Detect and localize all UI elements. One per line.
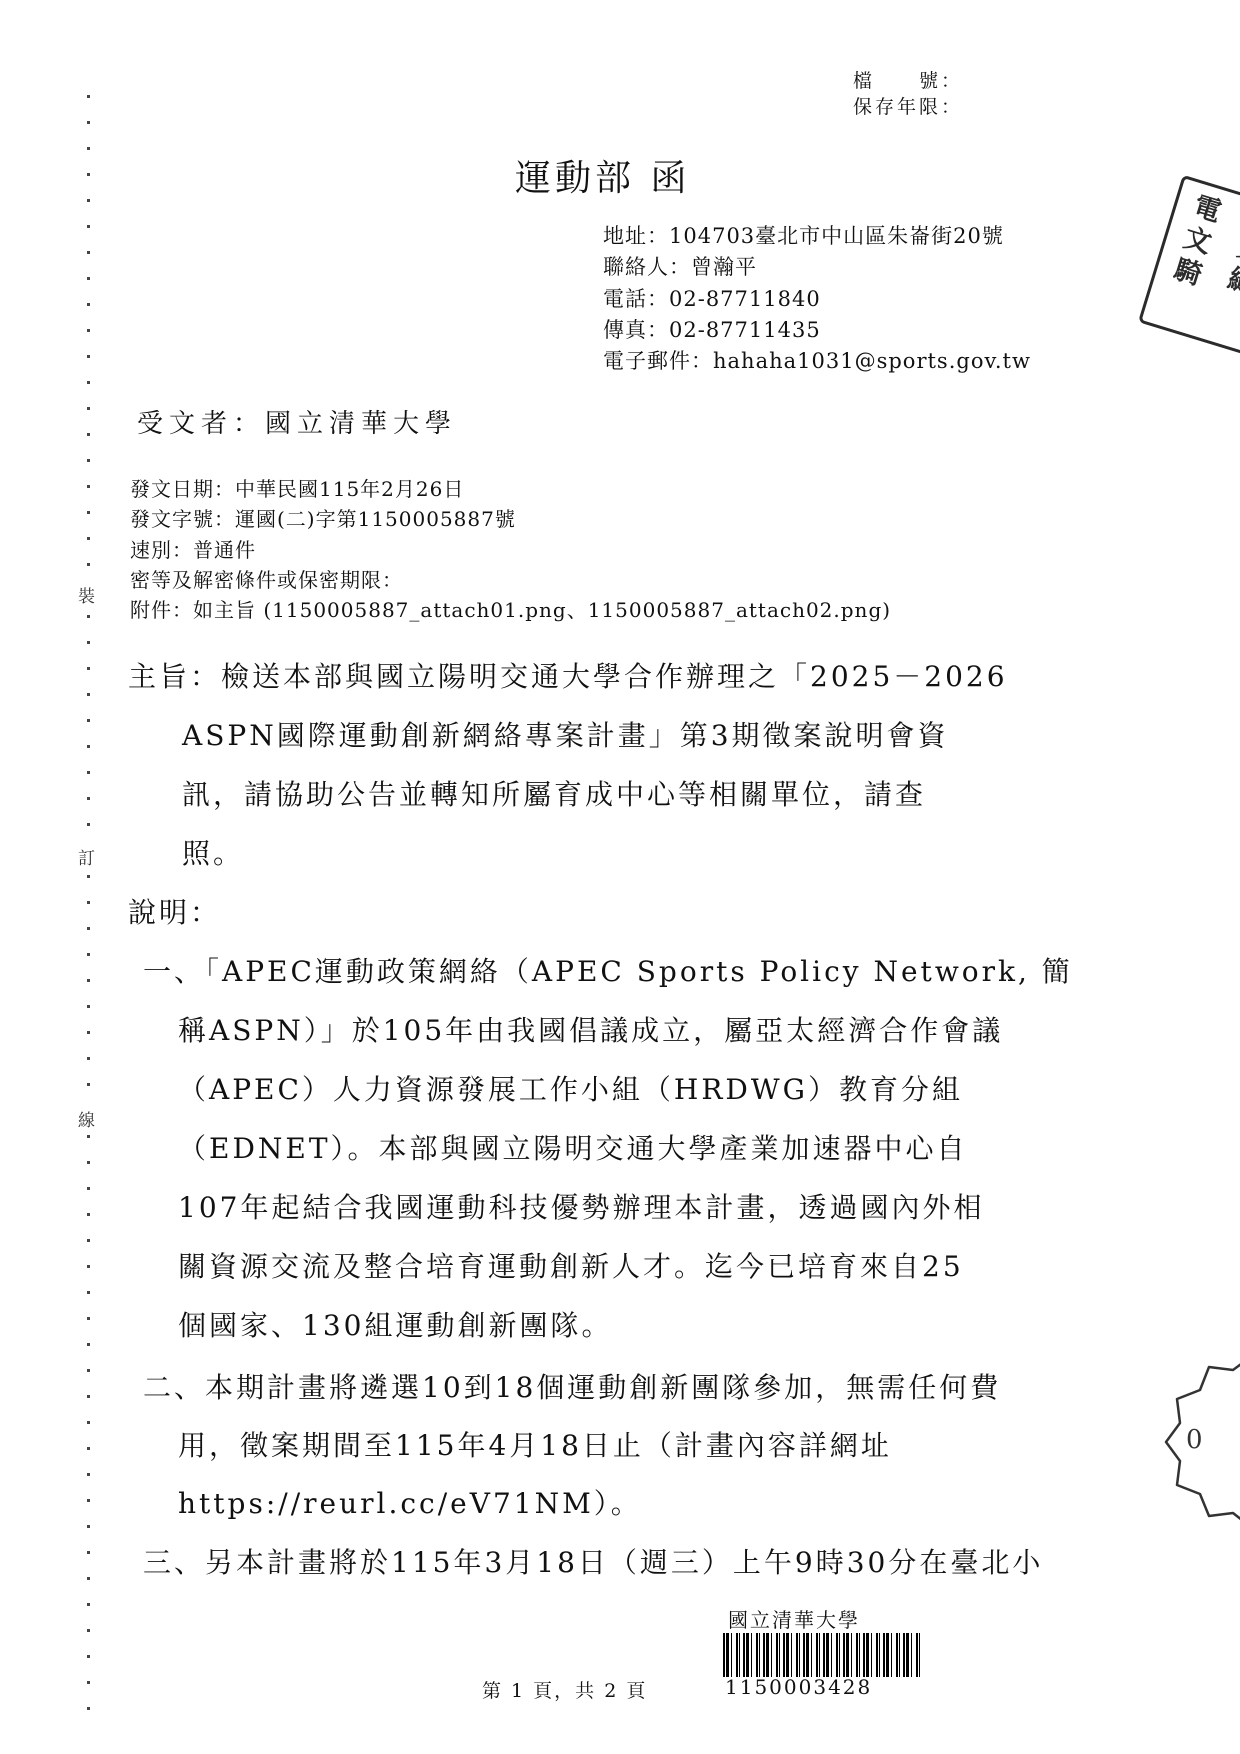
explanation-item2-line-3: https://reurl.cc/eV71NM）。 bbox=[178, 1482, 642, 1522]
meta-date: 發文日期：中華民國115年2月26日 bbox=[130, 473, 464, 502]
binding-mark-ding: 訂 bbox=[78, 847, 95, 872]
document-title: 運動部 函 bbox=[515, 150, 690, 201]
sender-email: 電子郵件：hahaha1031@sports.gov.tw bbox=[603, 345, 1031, 375]
binding-mark-xian: 線 bbox=[78, 1109, 95, 1134]
sender-contact: 聯絡人：曾瀚平 bbox=[603, 251, 757, 281]
meta-speed: 速別：普通件 bbox=[130, 534, 256, 563]
sender-address: 地址：104703臺北市中山區朱崙街20號 bbox=[603, 220, 1004, 250]
official-letter-page: 檔 號： 保存年限： 運動部 函 地址：104703臺北市中山區朱崙街20號 聯… bbox=[0, 0, 1240, 1754]
subject-line-4: 照。 bbox=[182, 832, 244, 872]
subject-line-2: ASPN國際運動創新網絡專案計畫」第3期徵案說明會資 bbox=[182, 714, 949, 754]
explanation-item1-line-1: 一、「APEC運動政策網絡（APEC Sports Policy Network… bbox=[143, 950, 1073, 990]
explanation-item1-line-2: 稱ASPN）」於105年由我國倡議成立，屬亞太經濟合作會議 bbox=[178, 1009, 1003, 1049]
barcode bbox=[723, 1633, 920, 1677]
explanation-item3-line-1: 三、另本計畫將於115年3月18日（週三）上午9時30分在臺北小 bbox=[143, 1541, 1043, 1581]
barcode-label: 國立清華大學 bbox=[728, 1604, 860, 1633]
retention-period-label: 保存年限： bbox=[853, 92, 963, 119]
meta-attachment: 附件：如主旨 (1150005887_attach01.png、11500058… bbox=[130, 594, 891, 623]
explanation-heading: 說明： bbox=[128, 891, 221, 931]
subject-line-3: 訊，請協助公告並轉知所屬育成中心等相關單位，請查 bbox=[182, 773, 926, 813]
explanation-item2-line-2: 用，徵案期間至115年4月18日止（計畫內容詳網址 bbox=[178, 1424, 892, 1464]
meta-doc-number: 發文字號：運國(二)字第1150005887號 bbox=[130, 503, 516, 532]
binding-dotted-line bbox=[87, 95, 90, 1715]
explanation-item1-line-6: 關資源交流及整合培育運動創新人才。迄今已培育來自25 bbox=[178, 1245, 964, 1285]
electronic-exchange-stamp: 電文騎 交縫 bbox=[1138, 175, 1240, 356]
barcode-number: 1150003428 bbox=[725, 1675, 872, 1699]
meta-security: 密等及解密條件或保密期限： bbox=[130, 564, 403, 593]
subject-line-1: 主旨：檢送本部與國立陽明交通大學合作辦理之「2025－2026 bbox=[128, 655, 1008, 695]
exchange-stamp-text-right: 交縫 bbox=[1219, 230, 1240, 302]
sender-fax: 傳真：02-87711435 bbox=[603, 314, 821, 344]
explanation-item1-line-5: 107年起結合我國運動科技優勢辦理本計畫，透過國內外相 bbox=[178, 1186, 984, 1226]
explanation-item1-line-4: （EDNET）。本部與國立陽明交通大學產業加速器中心自 bbox=[178, 1127, 968, 1167]
file-number-label: 檔 號： bbox=[853, 66, 963, 93]
exchange-stamp-text-left: 電文騎 bbox=[1165, 190, 1222, 293]
seam-seal-digit: 0 bbox=[1186, 1425, 1203, 1455]
seam-seal-stamp: 0 bbox=[1162, 1352, 1240, 1532]
explanation-item1-line-7: 個國家、130組運動創新團隊。 bbox=[178, 1304, 612, 1344]
sender-phone: 電話：02-87711840 bbox=[603, 283, 821, 313]
explanation-item1-line-3: （APEC）人力資源發展工作小組（HRDWG）教育分組 bbox=[178, 1068, 963, 1108]
page-info: 第 1 頁，共 2 頁 bbox=[482, 1676, 647, 1703]
binding-mark-zhuang: 裝 bbox=[78, 585, 95, 610]
explanation-item2-line-1: 二、本期計畫將遴選10到18個運動創新團隊參加，無需任何費 bbox=[143, 1366, 1001, 1406]
recipient-line: 受文者：國立清華大學 bbox=[137, 403, 457, 440]
